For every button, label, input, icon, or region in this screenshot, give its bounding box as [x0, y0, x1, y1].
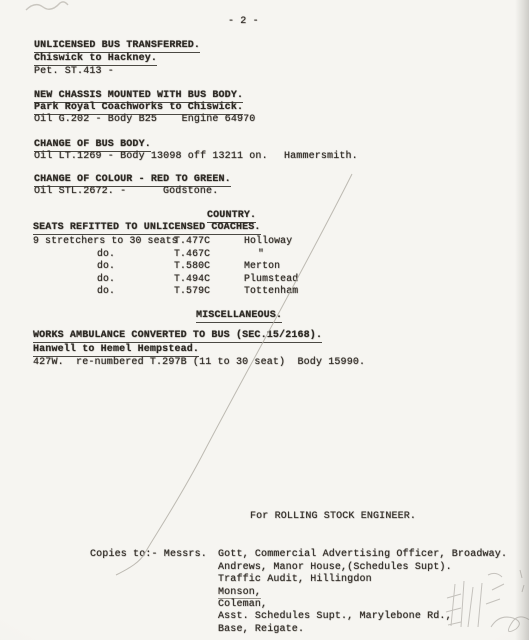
misc-heading: MISCELLANEOUS.	[196, 310, 282, 321]
section-subheading-chiswick-to-hackney: Chiswick to Hackney.	[34, 53, 157, 64]
country-subheading-seats-refitted: SEATS REFITTED TO UNLICENSED COACHES.	[33, 222, 261, 233]
copies-item: Base, Reigate.	[218, 624, 304, 635]
scanned-memo-page: - 2 - UNLICENSED BUS TRANSFERRED. Chiswi…	[0, 0, 529, 640]
table-cell-garage: Holloway	[244, 235, 292, 246]
pencil-scribble-top-left-icon	[26, 2, 68, 10]
section-line-oil-g202: Oil G.202 - Body B25 Engine 64970	[34, 114, 255, 125]
copies-item: Coleman,	[218, 599, 267, 610]
copies-item: Andrews, Manor House,(Schedules Supt).	[218, 562, 452, 573]
section-location-godstone: Godstone.	[163, 186, 218, 197]
copies-item: Asst. Schedules Supt., Marylebone Rd.,	[218, 611, 452, 622]
copies-item: Traffic Audit, Hillingdon	[218, 574, 372, 585]
table-cell-fleet: T.580C	[174, 260, 210, 271]
page-edge-shadow	[515, 0, 529, 640]
table-row: do.	[97, 285, 115, 296]
table-cell-garage: Tottenham	[244, 285, 298, 296]
table-cell-garage: Merton	[244, 260, 280, 271]
section-heading-new-chassis: NEW CHASSIS MOUNTED WITH BUS BODY.	[34, 90, 243, 101]
table-row: do.	[97, 260, 115, 271]
table-cell-fleet: T.579C	[174, 285, 210, 296]
table-row: 9 stretchers to 30 seats	[33, 235, 178, 246]
section-line-pet-st413: Pet. ST.413 -	[34, 66, 114, 77]
copies-label: Copies to:- Messrs.	[90, 549, 207, 560]
country-heading: COUNTRY.	[207, 210, 256, 221]
table-row: do.	[97, 273, 115, 284]
misc-line-427w: 427W. re-numbered T.297B (11 to 30 seat)…	[33, 357, 365, 368]
section-heading-unlicensed-bus-transferred: UNLICENSED BUS TRANSFERRED.	[34, 40, 200, 51]
section-line-oil-stl2672: Oil STL.2672. -	[34, 186, 126, 197]
section-heading-change-of-bus-body: CHANGE OF BUS BODY.	[34, 139, 151, 150]
section-subheading-park-royal: Park Royal Coachworks to Chiswick.	[34, 102, 243, 113]
table-cell-garage: "	[258, 248, 264, 259]
table-cell-garage: Plumstead	[244, 273, 298, 284]
misc-subheading-works-ambulance: WORKS AMBULANCE CONVERTED TO BUS (SEC.15…	[33, 330, 322, 341]
misc-subheading-hanwell: Hanwell to Hemel Hempstead.	[33, 344, 199, 355]
table-cell-fleet: T.467C	[174, 248, 210, 259]
page-number: - 2 -	[228, 16, 259, 27]
copies-item-monson: Monson,	[218, 587, 261, 598]
table-cell-fleet: T.477C	[174, 235, 210, 246]
table-cell-fleet: T.494C	[174, 273, 210, 284]
copies-item: Gott, Commercial Advertising Officer, Br…	[218, 549, 507, 560]
signoff-rolling-stock-engineer: For ROLLING STOCK ENGINEER.	[250, 511, 416, 522]
section-location-hammersmith: Hammersmith.	[284, 151, 358, 162]
table-row: do.	[97, 248, 115, 259]
section-heading-change-of-colour: CHANGE OF COLOUR - RED TO GREEN.	[34, 174, 231, 185]
section-line-oil-lt1269: Oil LT.1269 - Body 13098 off 13211 on.	[34, 151, 268, 162]
